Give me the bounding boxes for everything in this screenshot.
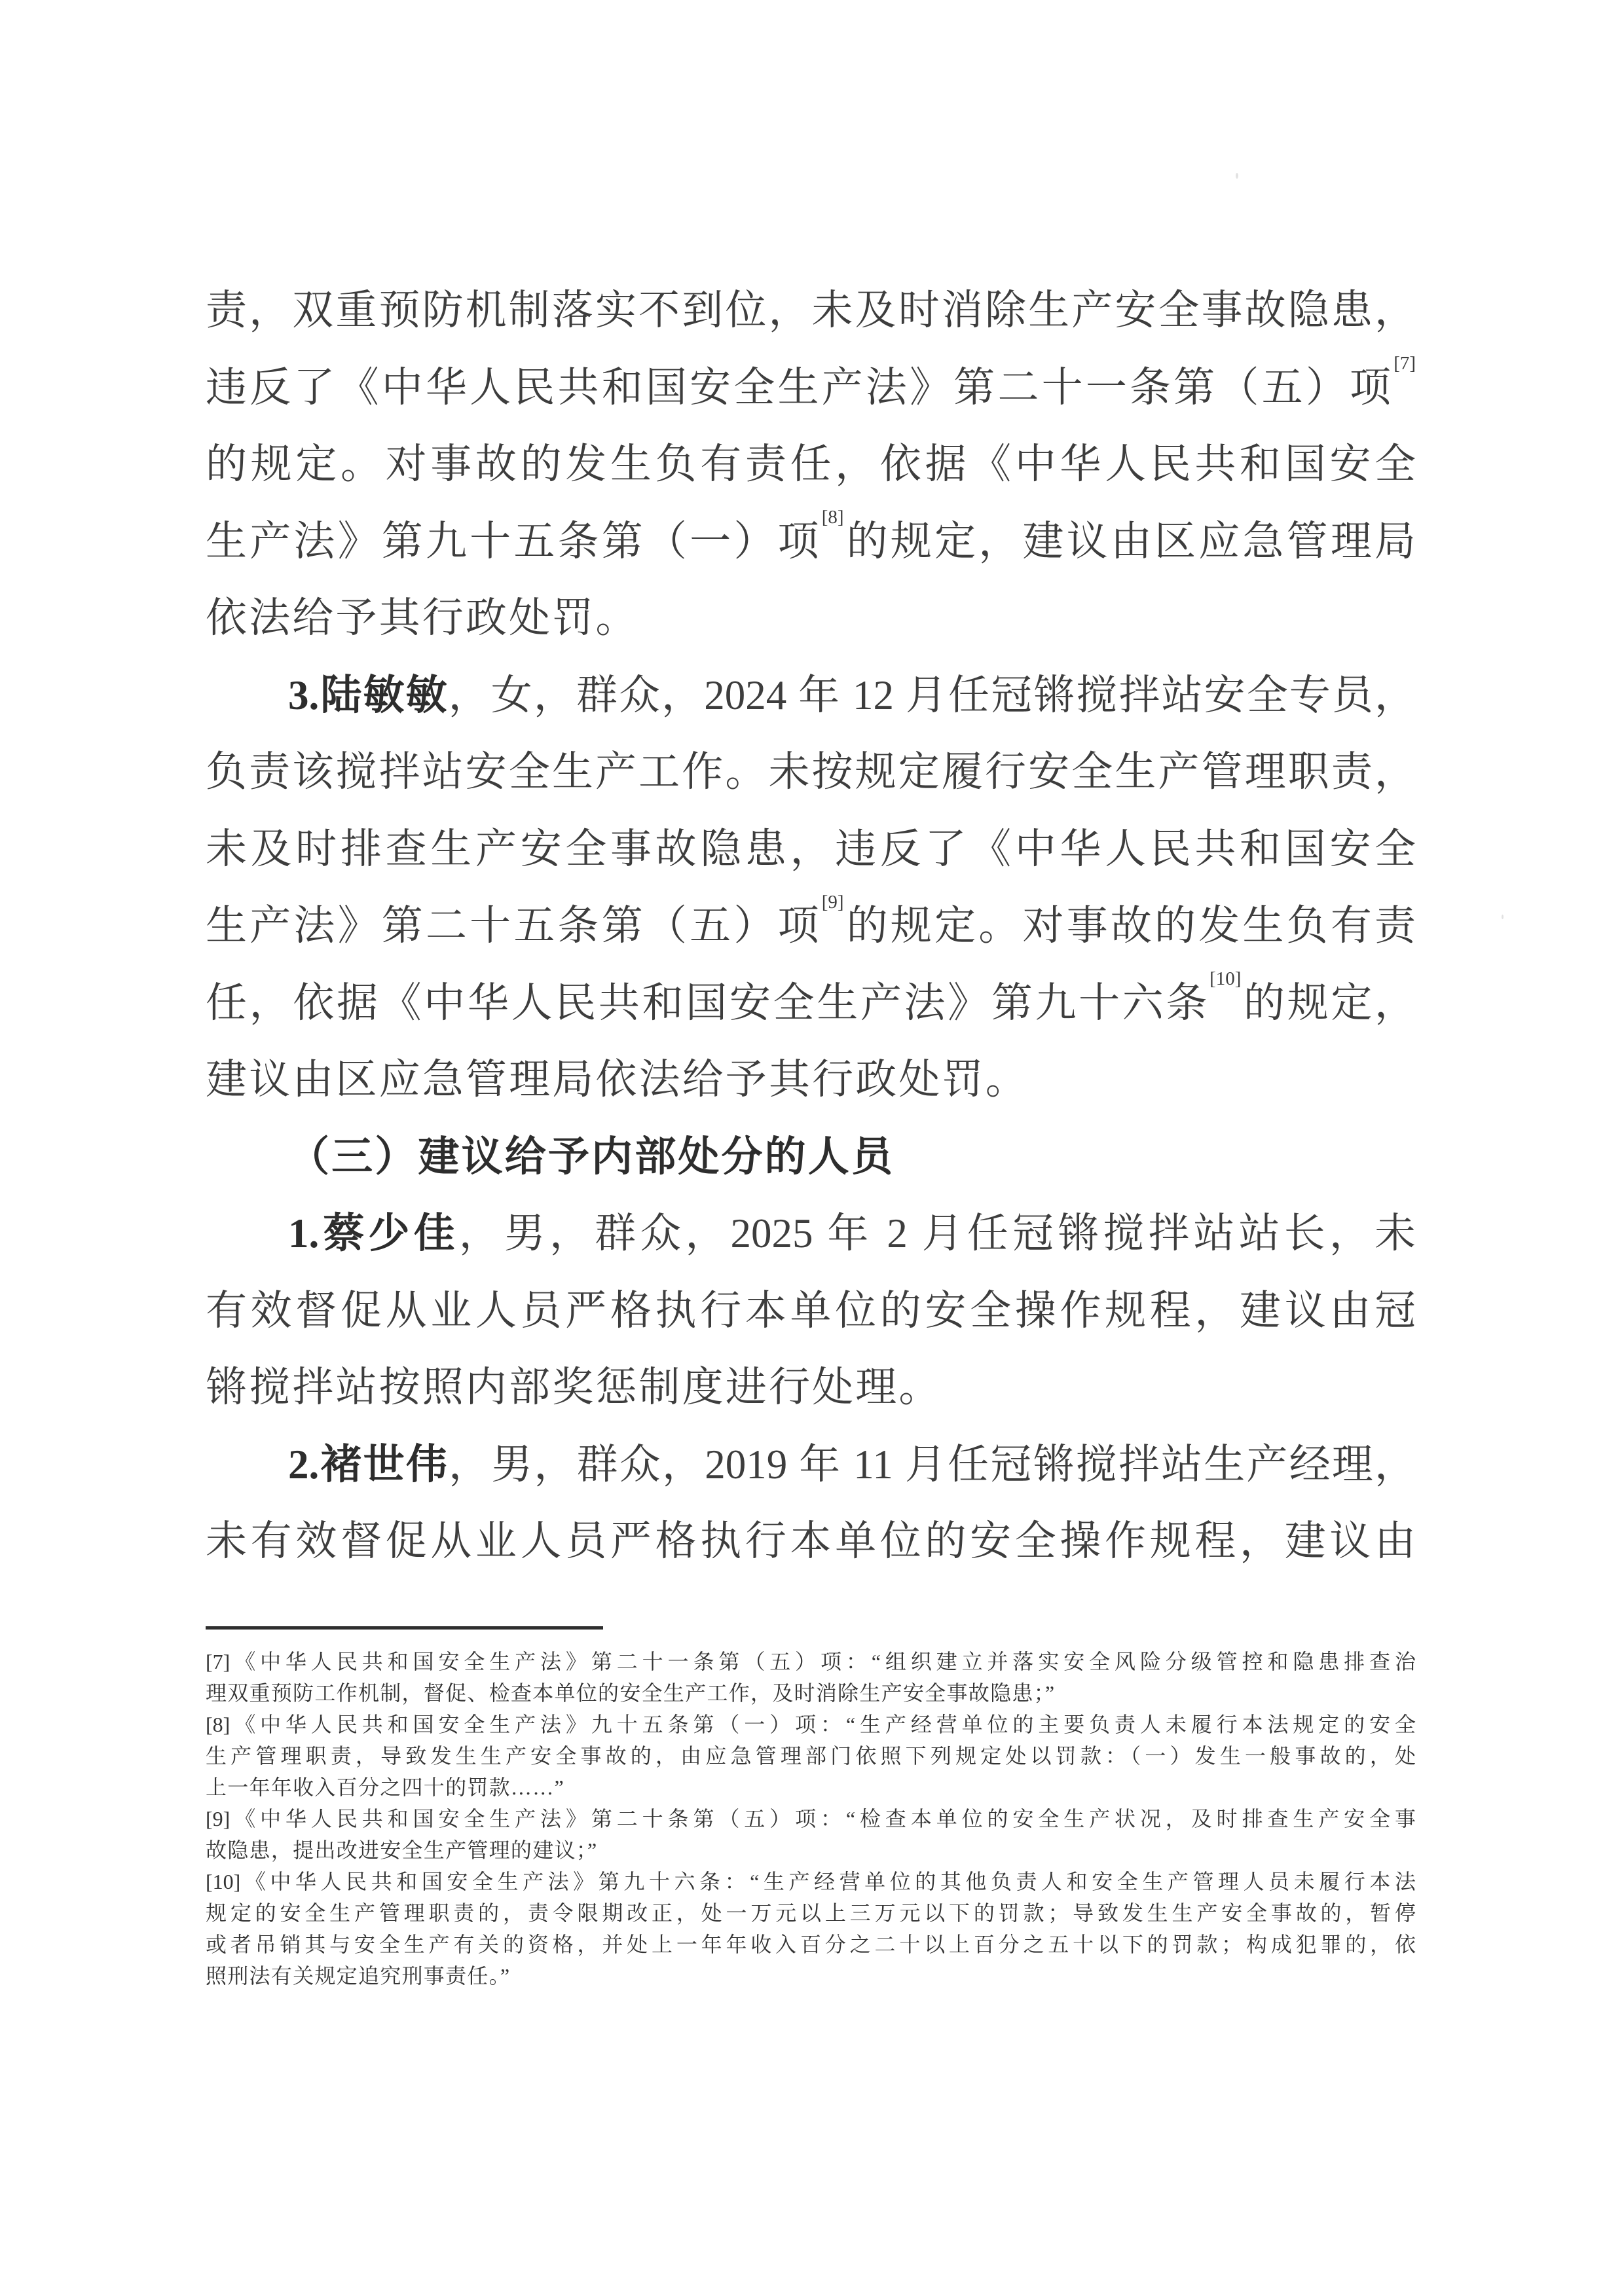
bold-text-run: 3.陆敏敏 — [288, 672, 449, 718]
text-run: ，男，群众，2025 年 2 月任冠锵搅拌站站长，未 — [459, 1211, 1416, 1256]
text-run: ，女，群众，2024 年 12 月任冠锵搅拌站安全专员， — [449, 672, 1416, 718]
footnote-8-line-2: 生产管理职责，导致发生生产安全事故的，由应急管理部门依照下列规定处以罚款：（一）… — [206, 1740, 1416, 1772]
body-line-5: 依法给予其行政处罚。 — [206, 580, 1416, 657]
document-page: 责，双重预防机制落实不到位，未及时消除生产安全事故隐患，违反了《中华人民共和国安… — [0, 0, 1624, 2296]
body-line-15: 锵搅拌站按照内部奖惩制度进行处理。 — [206, 1349, 1416, 1427]
body-line-16: 2.褚世伟，男，群众，2019 年 11 月任冠锵搅拌站生产经理， — [206, 1427, 1416, 1504]
text-run: 上一年年收入百分之四十的罚款……” — [206, 1776, 564, 1799]
text-run: [10]《中华人民共和国安全生产法》第九十六条：“生产经营单位的其他负责人和安全… — [206, 1870, 1416, 1893]
body-line-7: 负责该搅拌站安全生产工作。未按规定履行安全生产管理职责， — [206, 734, 1416, 811]
text-run: 负责该搅拌站安全生产工作。未按规定履行安全生产管理职责， — [206, 749, 1416, 795]
text-run: 有效督促从业人员严格执行本单位的安全操作规程，建议由冠 — [206, 1288, 1416, 1334]
footnote-8-line-1: [8]《中华人民共和国安全生产法》九十五条第（一）项：“生产经营单位的主要负责人… — [206, 1709, 1416, 1740]
footnote-ref: [7] — [1393, 353, 1416, 374]
text-run: [8]《中华人民共和国安全生产法》九十五条第（一）项：“生产经营单位的主要负责人… — [206, 1713, 1416, 1736]
footnote-9-line-1: [9]《中华人民共和国安全生产法》第二十条第（五）项：“检查本单位的安全生产状况… — [206, 1803, 1416, 1834]
body-line-10: 任，依据《中华人民共和国安全生产法》第九十六条[10]的规定， — [206, 965, 1416, 1042]
text-run: 规定的安全生产管理职责的，责令限期改正，处一万元以上三万元以下的罚款；导致发生生… — [206, 1901, 1416, 1925]
text-run: 的规定。对事故的发生负有责 — [844, 903, 1416, 949]
text-run: 生产法》第九十五条第（一）项 — [206, 519, 822, 564]
body-line-6: 3.陆敏敏，女，群众，2024 年 12 月任冠锵搅拌站安全专员， — [206, 657, 1416, 735]
footnote-9-line-2: 故隐患，提出改进安全生产管理的建议；” — [206, 1834, 1416, 1866]
bold-text-run: 2.褚世伟 — [288, 1442, 449, 1487]
footnote-ref: [9] — [822, 892, 844, 913]
text-run: [9]《中华人民共和国安全生产法》第二十条第（五）项：“检查本单位的安全生产状况… — [206, 1807, 1416, 1831]
text-run: 任，依据《中华人民共和国安全生产法》第九十六条 — [206, 980, 1209, 1026]
footnote-ref: [10] — [1209, 968, 1241, 989]
body-line-14: 有效督促从业人员严格执行本单位的安全操作规程，建议由冠 — [206, 1273, 1416, 1350]
scan-speck — [929, 1937, 932, 1940]
text-run: 违反了《中华人民共和国安全生产法》第二十一条第（五）项 — [206, 365, 1393, 410]
body-line-9: 生产法》第二十五条第（五）项[9]的规定。对事故的发生负有责 — [206, 888, 1416, 965]
footnote-10-line-1: [10]《中华人民共和国安全生产法》第九十六条：“生产经营单位的其他负责人和安全… — [206, 1866, 1416, 1897]
text-run: ，男，群众，2019 年 11 月任冠锵搅拌站生产经理， — [449, 1442, 1416, 1487]
body-line-12: （三）建议给予内部处分的人员 — [206, 1119, 1416, 1196]
text-run: 未有效督促从业人员严格执行本单位的安全操作规程，建议由 — [206, 1518, 1416, 1564]
body-line-4: 生产法》第九十五条第（一）项[8]的规定，建议由区应急管理局 — [206, 503, 1416, 581]
footnote-7-line-2: 理双重预防工作机制，督促、检查本单位的安全生产工作，及时消除生产安全事故隐患；” — [206, 1677, 1416, 1709]
body-line-17: 未有效督促从业人员严格执行本单位的安全操作规程，建议由 — [206, 1503, 1416, 1580]
text-run: 未及时排查生产安全事故隐患，违反了《中华人民共和国安全 — [206, 826, 1416, 872]
body-line-13: 1.蔡少佳，男，群众，2025 年 2 月任冠锵搅拌站站长，未 — [206, 1195, 1416, 1273]
footnote-ref: [8] — [822, 507, 844, 528]
footnote-8-line-3: 上一年年收入百分之四十的罚款……” — [206, 1772, 1416, 1803]
body-line-1: 责，双重预防机制落实不到位，未及时消除生产安全事故隐患， — [206, 272, 1416, 350]
body-line-11: 建议由区应急管理局依法给予其行政处罚。 — [206, 1042, 1416, 1119]
body-line-3: 的规定。对事故的发生负有责任，依据《中华人民共和国安全 — [206, 426, 1416, 503]
text-run: 生产管理职责，导致发生生产安全事故的，由应急管理部门依照下列规定处以罚款：（一）… — [206, 1744, 1416, 1768]
text-run: 的规定。对事故的发生负有责任，依据《中华人民共和国安全 — [206, 441, 1416, 487]
footnote-10-line-3: 或者吊销其与安全生产有关的资格，并处上一年年收入百分之二十以上百分之五十以下的罚… — [206, 1929, 1416, 1960]
text-run: 故隐患，提出改进安全生产管理的建议；” — [206, 1838, 598, 1862]
footnotes-block: [7]《中华人民共和国安全生产法》第二十一条第（五）项：“组织建立并落实安全风险… — [206, 1646, 1416, 1992]
text-run: 责，双重预防机制落实不到位，未及时消除生产安全事故隐患， — [206, 287, 1416, 333]
text-run: 锵搅拌站按照内部奖惩制度进行处理。 — [206, 1364, 942, 1410]
text-run: 依法给予其行政处罚。 — [206, 595, 639, 641]
body-line-2: 违反了《中华人民共和国安全生产法》第二十一条第（五）项[7] — [206, 350, 1416, 427]
text-run: 的规定，建议由区应急管理局 — [844, 519, 1416, 564]
bold-text-run: 1.蔡少佳 — [288, 1211, 459, 1256]
text-run: 或者吊销其与安全生产有关的资格，并处上一年年收入百分之二十以上百分之五十以下的罚… — [206, 1933, 1416, 1956]
text-run: 照刑法有关规定追究刑事责任。” — [206, 1964, 510, 1988]
text-run: 生产法》第二十五条第（五）项 — [206, 903, 822, 949]
footnote-separator — [206, 1626, 603, 1630]
scan-speck — [1502, 915, 1504, 919]
body-line-8: 未及时排查生产安全事故隐患，违反了《中华人民共和国安全 — [206, 811, 1416, 888]
text-run: [7]《中华人民共和国安全生产法》第二十一条第（五）项：“组织建立并落实安全风险… — [206, 1650, 1416, 1673]
text-run: 理双重预防工作机制，督促、检查本单位的安全生产工作，及时消除生产安全事故隐患；” — [206, 1681, 1055, 1705]
text-run: 的规定， — [1241, 980, 1416, 1026]
bold-text-run: （三）建议给予内部处分的人员 — [288, 1134, 895, 1180]
text-run: 建议由区应急管理局依法给予其行政处罚。 — [206, 1057, 1029, 1102]
scan-speck — [1236, 173, 1238, 179]
footnote-10-line-4: 照刑法有关规定追究刑事责任。” — [206, 1960, 1416, 1992]
main-text-block: 责，双重预防机制落实不到位，未及时消除生产安全事故隐患，违反了《中华人民共和国安… — [206, 272, 1416, 1580]
footnote-7-line-1: [7]《中华人民共和国安全生产法》第二十一条第（五）项：“组织建立并落实安全风险… — [206, 1646, 1416, 1677]
footnote-10-line-2: 规定的安全生产管理职责的，责令限期改正，处一万元以上三万元以下的罚款；导致发生生… — [206, 1897, 1416, 1929]
